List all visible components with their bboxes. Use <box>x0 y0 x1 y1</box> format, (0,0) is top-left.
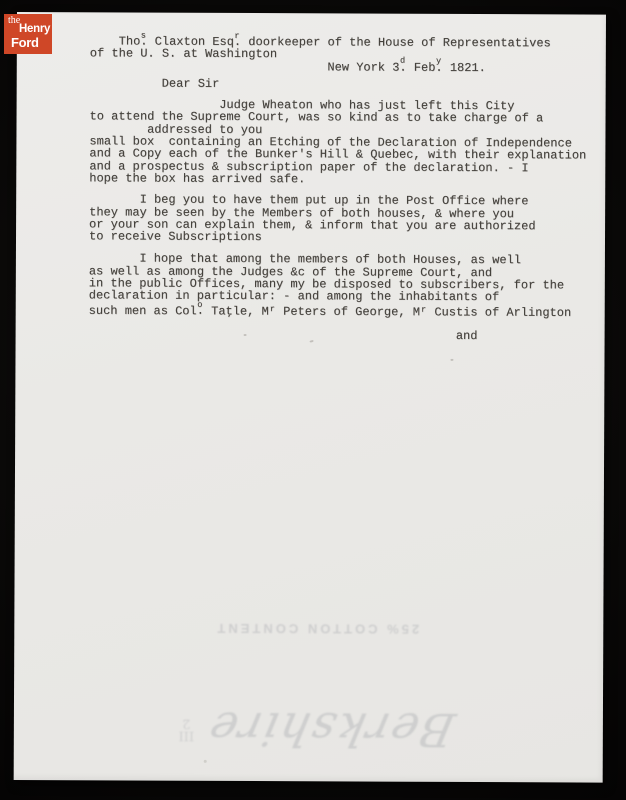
superscript-over-period: d. <box>399 61 406 73</box>
letter-lines: Thos. Claxton Esqr. doorkeeper of the Ho… <box>89 35 587 343</box>
letter-body: Thos. Claxton Esqr. doorkeeper of the Ho… <box>89 35 587 343</box>
logo-text-henry: Henry <box>19 23 50 35</box>
watermark-script-row: Berkshire III 2 <box>179 702 455 757</box>
letter-line: Dear Sir <box>90 77 587 91</box>
watermark-mark: III 2 <box>179 717 195 741</box>
superscript-over-period: r. <box>234 36 241 48</box>
henry-ford-logo: the Henry Ford <box>4 14 52 54</box>
superscript-over-period: y. <box>435 61 442 73</box>
pencil-speck <box>309 340 313 343</box>
letter-page: Berkshire III 2 25% COTTON CONTENT Thos.… <box>14 12 606 783</box>
letter-line: and <box>89 329 586 343</box>
superscript-letter: r <box>269 303 276 315</box>
watermark-script: Berkshire <box>202 702 460 757</box>
pencil-speck <box>450 359 453 361</box>
paper-watermark: Berkshire III 2 25% COTTON CONTENT <box>144 621 490 758</box>
logo-text-ford: Ford <box>11 35 39 50</box>
pencil-speck <box>204 760 207 763</box>
watermark-cotton-content: 25% COTTON CONTENT <box>214 621 419 637</box>
letter-line: such men as Colo. Taţle, Mr Peters of Ge… <box>89 302 586 319</box>
scan-viewer: { "scan": { "background_color": "#0a0908… <box>0 0 626 800</box>
superscript-letter: r <box>420 303 427 315</box>
superscript-over-period: o. <box>197 305 204 317</box>
letter-line: New York 3d. Feby. 1821. <box>90 60 587 74</box>
pencil-speck <box>244 334 247 336</box>
superscript-over-period: s. <box>140 36 147 48</box>
